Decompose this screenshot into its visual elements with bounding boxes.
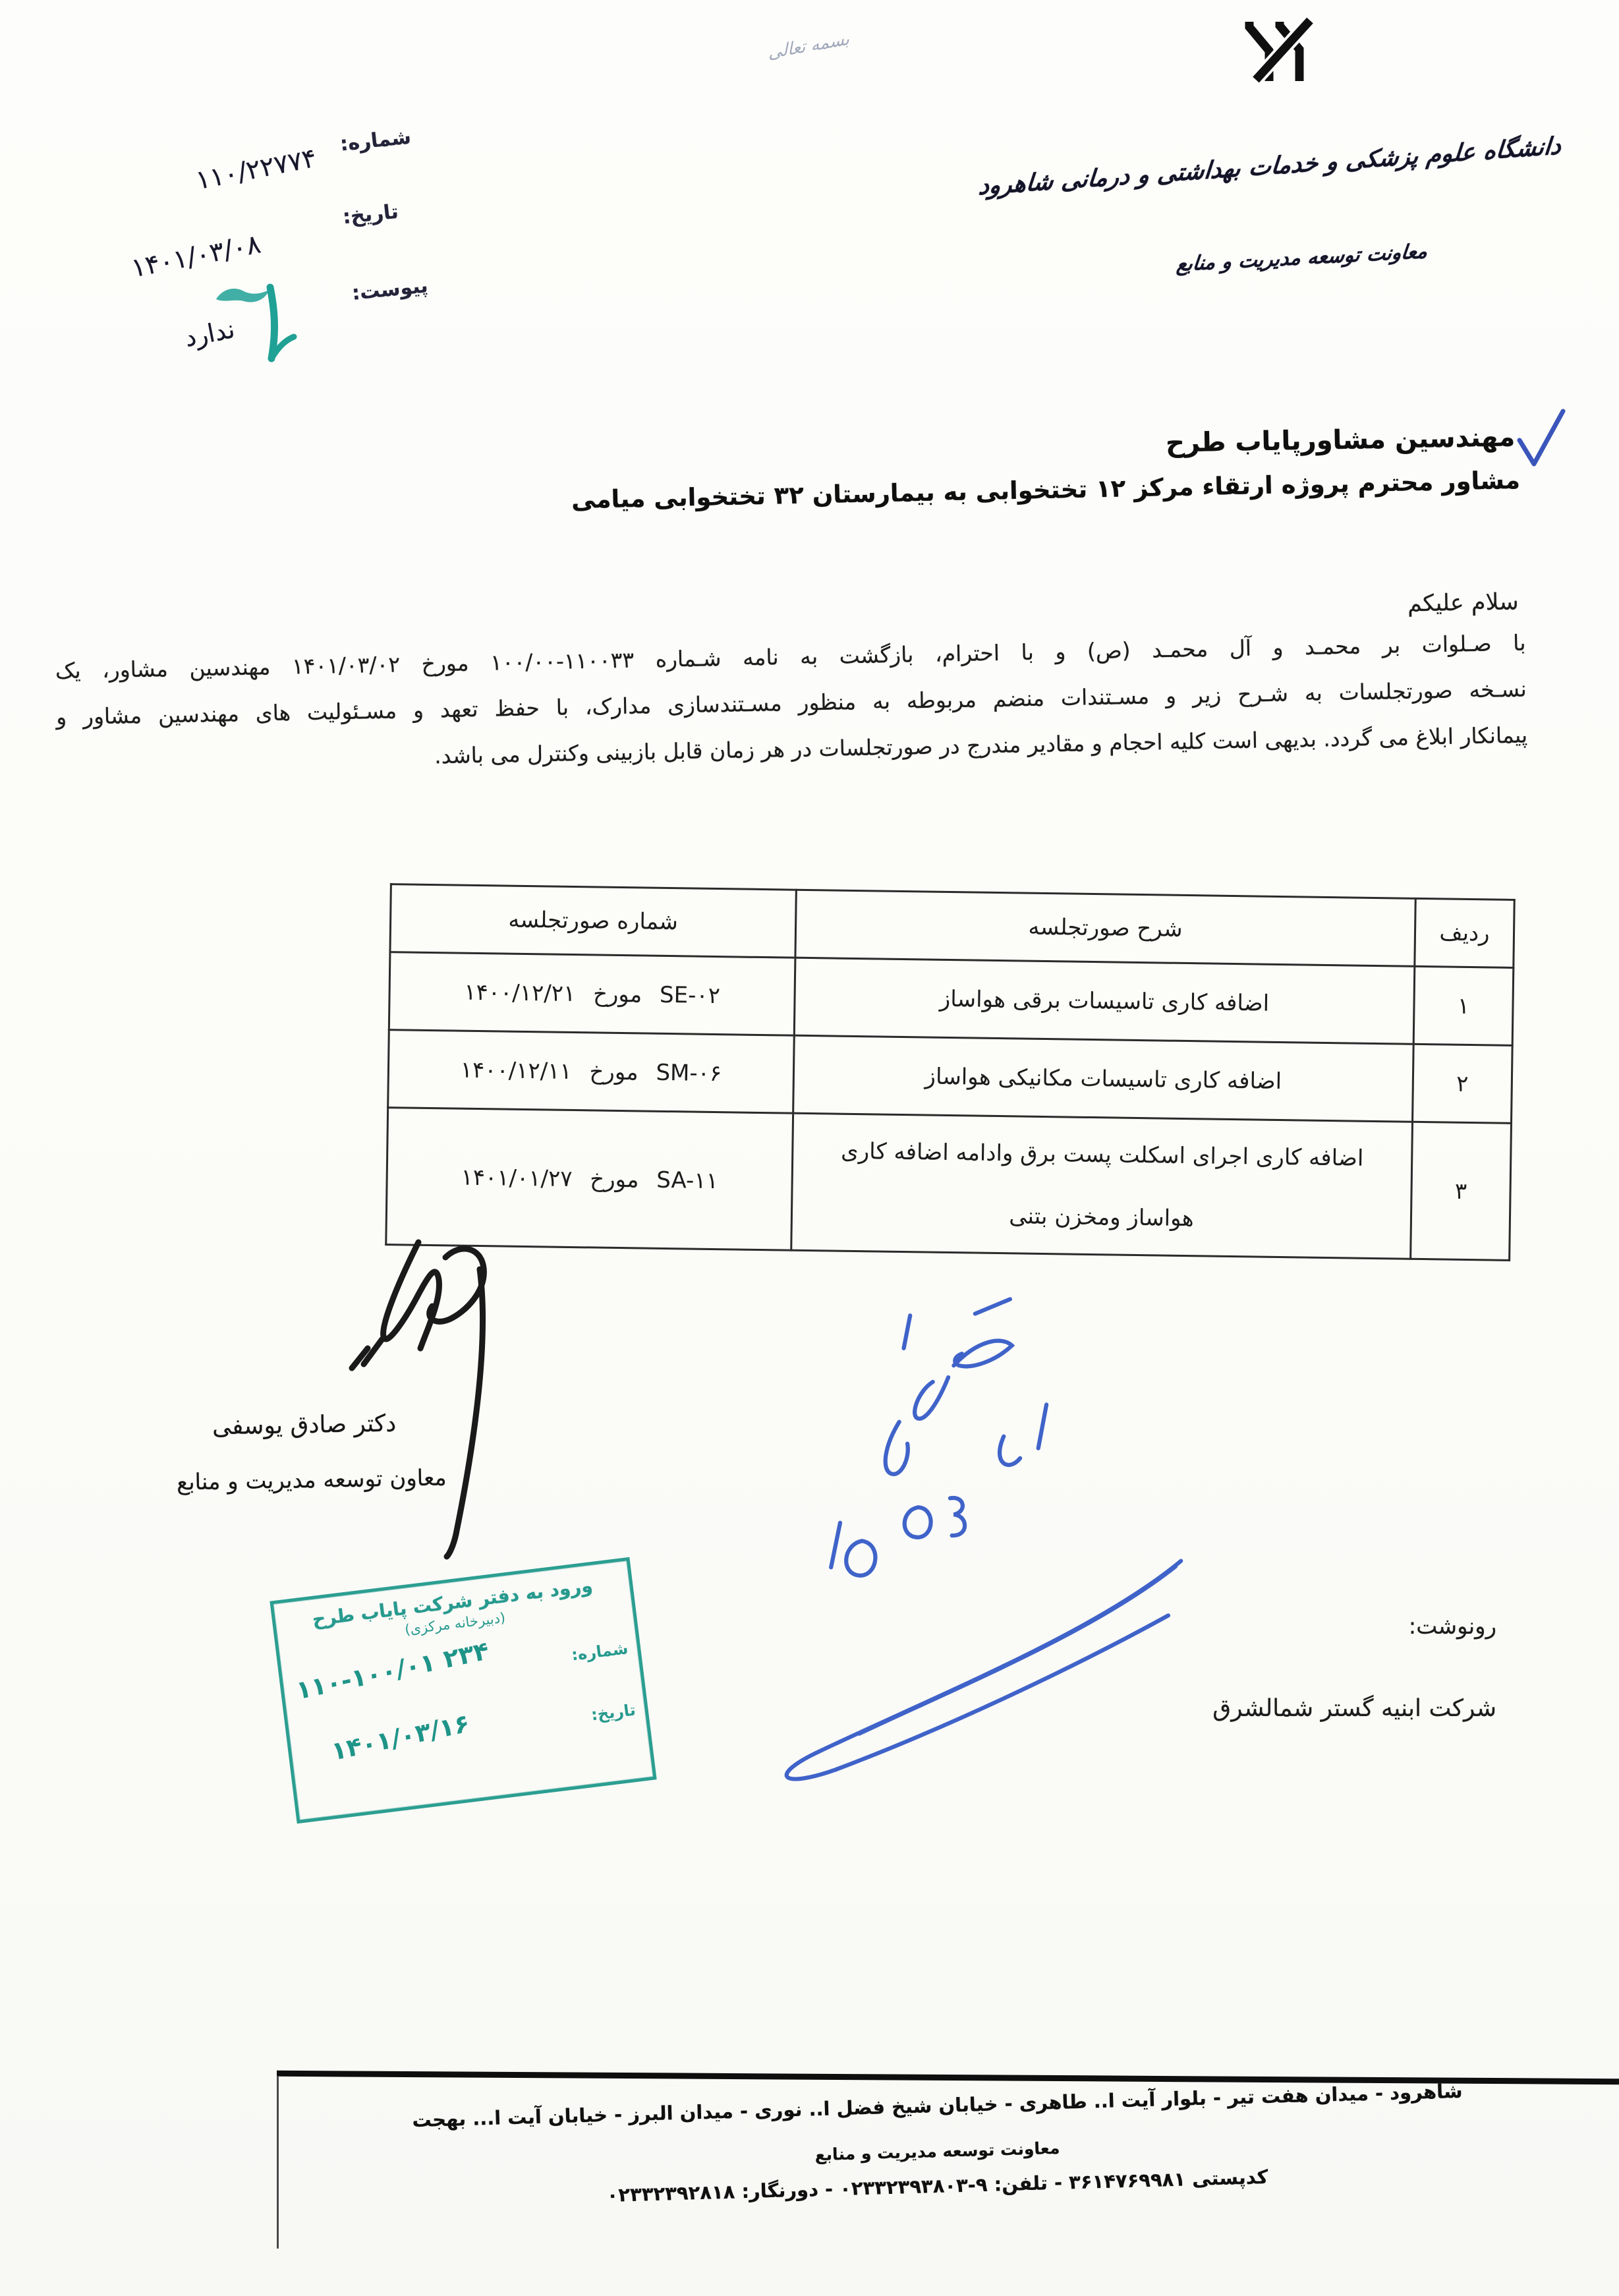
stamp-date-value: ۱۴۰۱/۰۳/۱۶ (329, 1708, 471, 1766)
signatory-name: دکتر صادق یوسفی (212, 1410, 397, 1441)
minutes-code: SE-۰۲ (660, 981, 720, 1008)
table-row: ۱ اضافه کاری تاسیسات برقی هواساز SE-۰۲ م… (389, 952, 1513, 1046)
minutes-date: ۱۴۰۰/۱۲/۲۱ (464, 979, 576, 1006)
minutes-code: SM-۰۶ (656, 1059, 722, 1086)
cc-label: رونوشت: (1409, 1613, 1496, 1640)
university-name: دانشگاه علوم پزشکی و خدمات بهداشتی و درم… (1054, 132, 1562, 195)
recipient-name: مهندسین مشاورپایاب طرح (1165, 422, 1515, 458)
number-field-value: ۱۱۰/۲۲۷۷۴ (193, 143, 319, 196)
minutes-dated-word: مورخ (589, 1058, 639, 1085)
minutes-dated-word: مورخ (593, 981, 642, 1008)
cc-item: شرکت ابنیه گستر شمالشرق (1212, 1695, 1496, 1722)
entry-stamp: ورود به دفتر شرکت پایاب طرح (دبیرخانه مر… (270, 1557, 656, 1823)
footer-left-border (277, 2076, 279, 2249)
date-field-label: تاریخ: (341, 200, 399, 229)
scanned-letter-page: { "colors": {"teal_stamp": "#2b9e91", "b… (0, 0, 1619, 2296)
minutes-number-cell: SM-۰۶ مورخ ۱۴۰۰/۱۲/۱۱ (388, 1030, 795, 1114)
row-number-cell: ۲ (1413, 1044, 1513, 1123)
signature-scribble (283, 1219, 593, 1562)
description-cell: اضافه کاری اجرای اسکلت پست برق وادامه اض… (791, 1113, 1413, 1259)
stamp-number-label: شماره: (571, 1639, 629, 1664)
teal-registrar-checkmark-icon (212, 281, 304, 366)
date-field-value: ۱۴۰۱/۰۳/۰۸ (128, 229, 263, 283)
description-cell: اضافه کاری تاسیسات برقی هواساز (794, 958, 1415, 1044)
signatory-title: معاون توسعه مدیریت و منابع (177, 1464, 447, 1495)
minutes-table-wrap: ردیف شرح صورتجلسه شماره صورتجلسه ۱ اضافه… (387, 891, 1513, 1253)
minutes-date: ۱۴۰۱/۰۱/۲۷ (461, 1164, 573, 1191)
recipient-blue-checkmark-icon (1514, 406, 1568, 469)
th-minutes-number: شماره صورتجلسه (390, 884, 796, 958)
row-number-cell: ۳ (1411, 1122, 1512, 1260)
minutes-table: ردیف شرح صورتجلسه شماره صورتجلسه ۱ اضافه… (385, 883, 1516, 1261)
deputy-name: معاونت توسعه مدیریت و منابع (1156, 239, 1448, 277)
description-cell: اضافه کاری تاسیسات مکانیکی هواساز (793, 1035, 1414, 1122)
besmellah-text: بسمه تعالی (768, 29, 849, 63)
minutes-dated-word: مورخ (590, 1166, 639, 1193)
minutes-date: ۱۴۰۰/۱۲/۱۱ (460, 1056, 572, 1084)
description-line-2: هواساز ومخزن بتنی (801, 1182, 1401, 1253)
minutes-number-cell: SE-۰۲ مورخ ۱۴۰۰/۱۲/۲۱ (389, 952, 795, 1036)
row-number-cell: ۱ (1413, 966, 1514, 1045)
stamp-date-label: تاریخ: (590, 1700, 637, 1724)
attachment-field-label: پیوست: (351, 274, 429, 305)
table-row: ۲ اضافه کاری تاسیسات مکانیکی هواساز SM-۰… (388, 1030, 1512, 1124)
description-line-1: اضافه کاری اجرای اسکلت پست برق وادامه اض… (803, 1119, 1402, 1190)
recipient-subject: مشاور محترم پروژه ارتقاء مرکز ۱۲ تختخواب… (571, 466, 1521, 514)
body-paragraph: با صـلوات بر محمـد و آل محمـد (ص) و با ا… (55, 620, 1528, 787)
th-row-number: ردیف (1415, 898, 1514, 967)
th-description: شرح صورتجلسه (795, 890, 1415, 966)
number-field-label: شماره: (339, 125, 412, 156)
pen-annotation-scribble (672, 1272, 1219, 1799)
footer-address: شاهرود - میدان هفت تیر - بلوار آیت ا.. ط… (310, 2077, 1565, 2134)
minutes-code: SA-۱۱ (656, 1166, 718, 1193)
university-logo-icon (1236, 14, 1322, 88)
